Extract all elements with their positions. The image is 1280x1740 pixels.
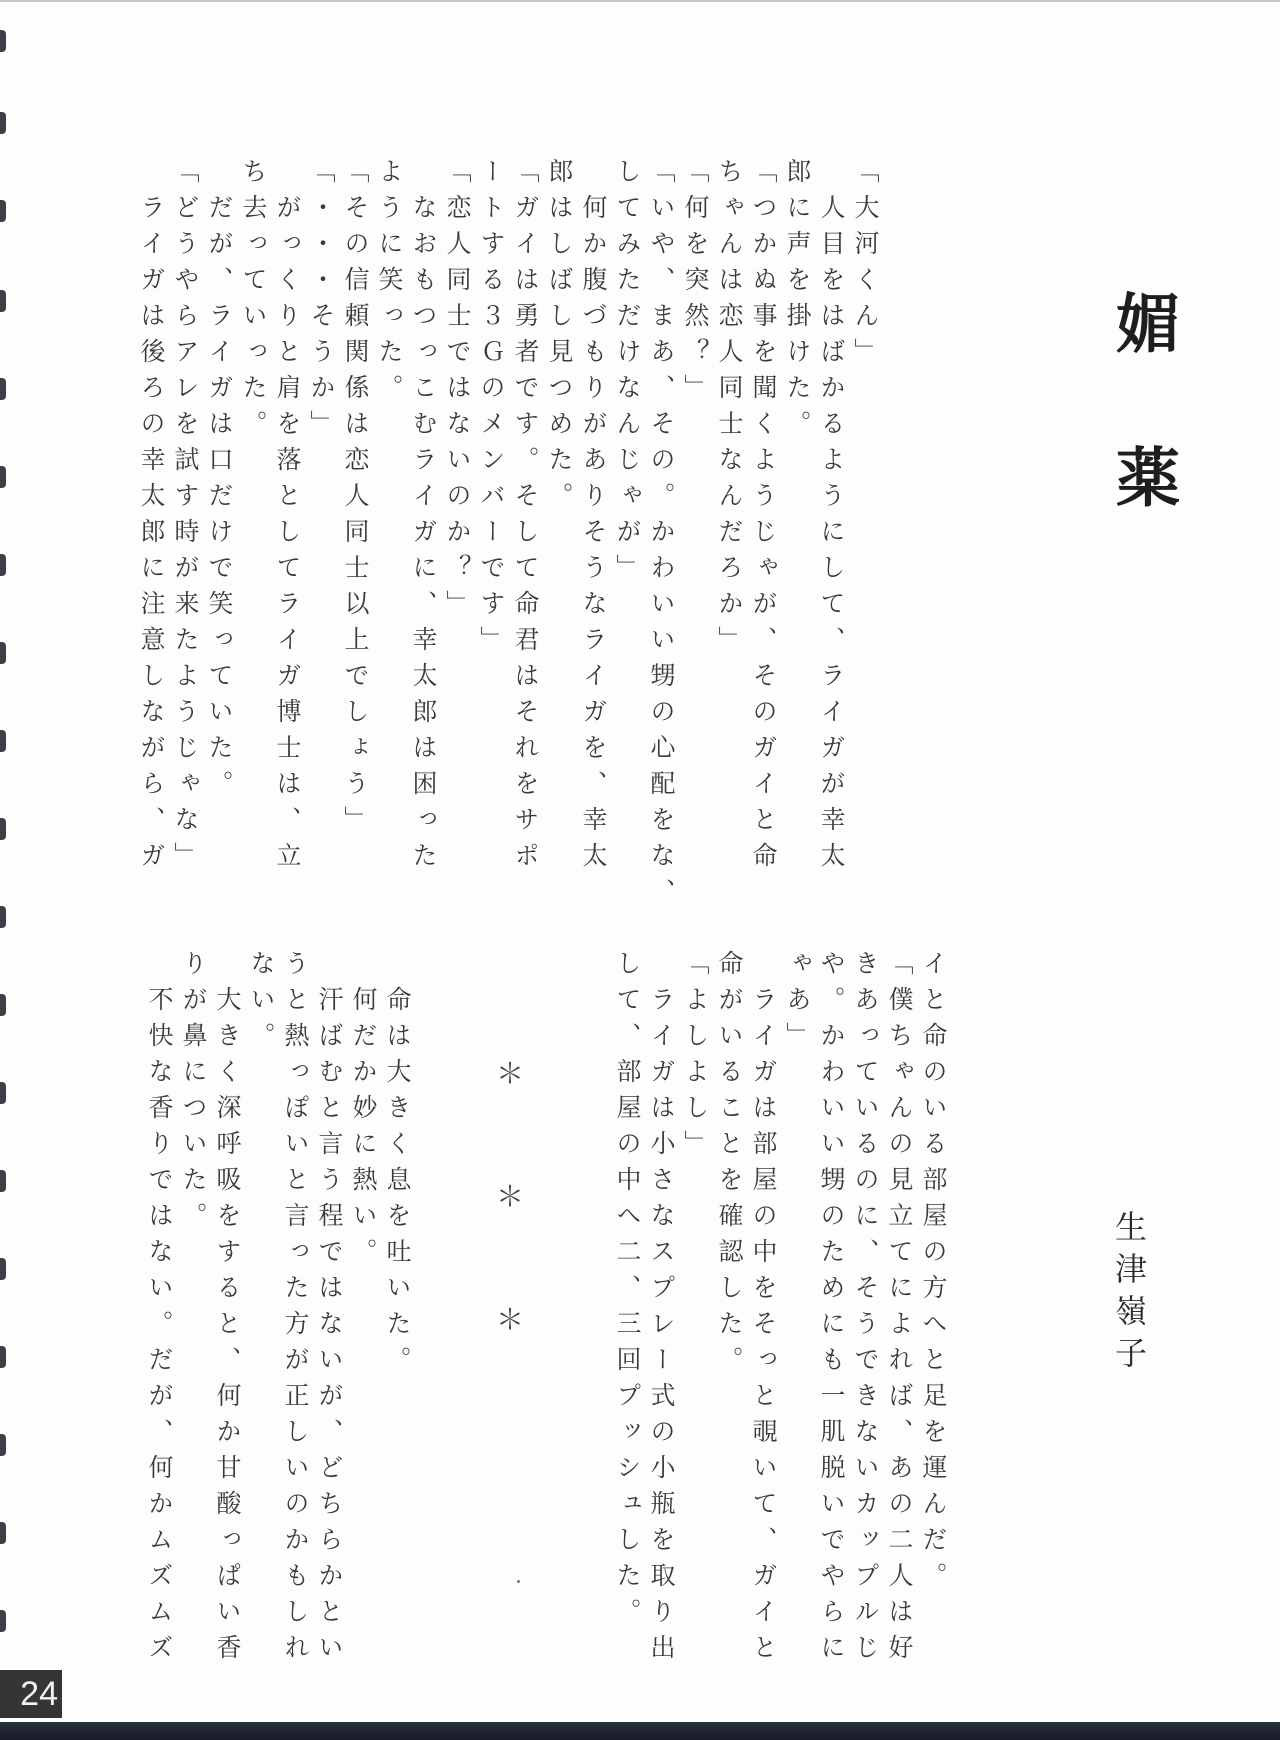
asterisk: ＊ — [496, 1183, 520, 1306]
text-column: 「僕ちゃんの見立てによれば、あの二人は好 — [882, 950, 916, 1670]
text-column: きあっているのに、そうできないカップルじ — [848, 950, 882, 1670]
binding-hole — [0, 112, 6, 134]
binding-hole — [0, 378, 6, 400]
text-column: ように笑った。 — [372, 158, 406, 410]
text-column: 何か腹づもりがありそうなライガを、幸太 — [576, 158, 610, 878]
binding-hole — [0, 1610, 6, 1632]
binding-hole — [0, 1434, 6, 1456]
spiral-binding — [0, 0, 14, 1740]
text-column: 「どうやらアレを試す時が来たようじゃな」 — [168, 158, 202, 878]
section-break: ＊ ＊ ＊ — [496, 1060, 520, 1429]
text-column: して、部屋の中へ二、三回プッシュした。 — [610, 950, 644, 1634]
binding-hole — [0, 554, 6, 576]
binding-hole — [0, 994, 6, 1016]
text-column: 命は大きく息を吐いた。 — [380, 950, 414, 1382]
text-column: 「恋人同士ではないのか？」 — [440, 158, 474, 626]
text-column: 「何を突然？」 — [678, 158, 712, 410]
binding-hole — [0, 906, 6, 928]
text-column: 大きく深呼吸をすると、何か甘酸っぱい香 — [210, 950, 244, 1670]
page-number: 24 — [0, 1670, 62, 1718]
page-bottom-edge — [0, 1722, 1280, 1740]
binding-hole — [0, 290, 6, 312]
binding-hole — [0, 818, 6, 840]
binding-hole — [0, 642, 6, 664]
text-column: なおもつっこむライガに、幸太郎は困った — [406, 158, 440, 878]
asterisk: ＊ — [496, 1060, 520, 1183]
binding-hole — [0, 200, 6, 222]
binding-hole — [0, 30, 6, 52]
text-column: ち去っていった。 — [236, 158, 270, 446]
story-title: 媚薬 — [1108, 290, 1188, 598]
binding-hole — [0, 1170, 6, 1192]
binding-hole — [0, 466, 6, 488]
text-column: 「大河くん」 — [848, 158, 882, 374]
author-name: 生津嶺子 — [1106, 1210, 1152, 1378]
text-column: 「よしよし」 — [678, 950, 712, 1166]
text-column: してみただけなんじゃが」 — [610, 158, 644, 590]
text-column: 人目をはばかるようにして、ライガが幸太 — [814, 158, 848, 878]
text-column: 「ガイは勇者です。そして命君はそれをサポ — [508, 158, 542, 878]
binding-hole — [0, 730, 6, 752]
text-column: 郎はしばし見つめた。 — [542, 158, 576, 518]
text-column: うと熱っぽいと言った方が正しいのかもしれ — [278, 950, 312, 1670]
text-column: がっくりと肩を落としてライガ博士は、立 — [270, 158, 304, 878]
text-column: ない。 — [244, 950, 278, 1058]
text-column: りが鼻についた。 — [176, 950, 210, 1238]
text-column: ライガは後ろの幸太郎に注意しながら、ガ — [134, 158, 168, 878]
text-column: だが、ライガは口だけで笑っていた。 — [202, 158, 236, 806]
text-column: 郎に声を掛けた。 — [780, 158, 814, 446]
text-column: 命がいることを確認した。 — [712, 950, 746, 1382]
text-column: 何だか妙に熱い。 — [346, 950, 380, 1274]
text-column: 「いや、まあ、その。かわいい甥の心配をな、 — [644, 158, 678, 914]
binding-hole — [0, 1082, 6, 1104]
text-column: 「・・・そうか」 — [304, 158, 338, 446]
text-column: ートする３Ｇのメンバーです」 — [474, 158, 508, 662]
text-column: 不快な香りではない。だが、何かムズムズ — [142, 950, 176, 1670]
binding-hole — [0, 1522, 6, 1544]
page-top-edge — [0, 0, 1280, 2]
asterisk: ＊ — [496, 1306, 520, 1429]
text-column: 「つかぬ事を聞くようじゃが、そのガイと命 — [746, 158, 780, 878]
binding-hole — [0, 1346, 6, 1368]
text-column: や。かわいい甥のためにも一肌脱いでやらに — [814, 950, 848, 1670]
text-column: ゃあ」 — [780, 950, 814, 1058]
text-column: イと命のいる部屋の方へと足を運んだ。 — [916, 950, 950, 1598]
text-column: ライガは小さなスプレー式の小瓶を取り出 — [644, 950, 678, 1670]
text-column: 「その信頼関係は恋人同士以上でしょう」 — [338, 158, 372, 842]
text-column: 汗ばむと言う程ではないが、どちらかとい — [312, 950, 346, 1670]
text-column: ライガは部屋の中をそっと覗いて、ガイと — [746, 950, 780, 1670]
text-column: ちゃんは恋人同士なんだろか」 — [712, 158, 746, 662]
print-speck — [517, 1580, 520, 1583]
binding-hole — [0, 1258, 6, 1280]
